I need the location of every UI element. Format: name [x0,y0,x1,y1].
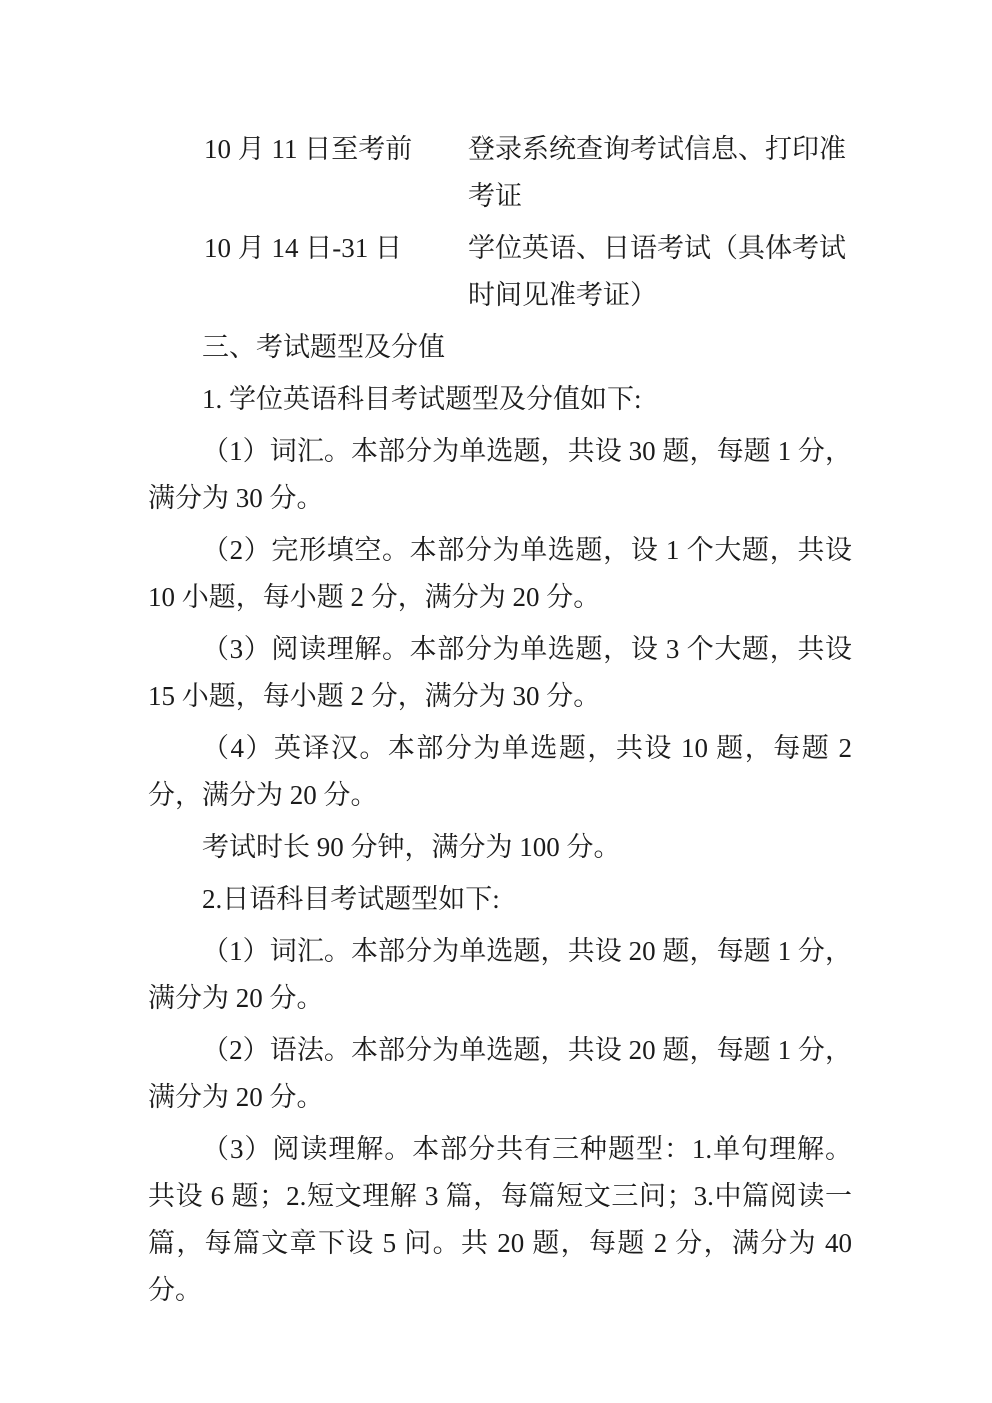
document-page: 10 月 11 日至考前 登录系统查询考试信息、打印准考证 10 月 14 日-… [0,0,992,1403]
document-content: 10 月 11 日至考前 登录系统查询考试信息、打印准考证 10 月 14 日-… [148,126,852,1314]
schedule-description: 登录系统查询考试信息、打印准考证 [468,126,852,220]
exam-schedule-block: 10 月 11 日至考前 登录系统查询考试信息、打印准考证 10 月 14 日-… [148,126,852,319]
section-heading: 三、考试题型及分值 [148,324,852,371]
schedule-row: 10 月 14 日-31 日 学位英语、日语考试（具体考试时间见准考证） [148,225,852,319]
japanese-intro: 2.日语科目考试题型如下: [148,876,852,923]
japanese-item-reading: （3）阅读理解。本部分共有三种题型：1.单句理解。共设 6 题；2.短文理解 3… [148,1126,852,1314]
japanese-item-vocabulary: （1）词汇。本部分为单选题，共设 20 题，每题 1 分，满分为 20 分。 [148,928,852,1022]
english-duration-note: 考试时长 90 分钟，满分为 100 分。 [148,824,852,871]
schedule-date: 10 月 14 日-31 日 [204,225,468,319]
japanese-item-grammar: （2）语法。本部分为单选题，共设 20 题，每题 1 分，满分为 20 分。 [148,1027,852,1121]
schedule-description: 学位英语、日语考试（具体考试时间见准考证） [468,225,852,319]
english-item-cloze: （2）完形填空。本部分为单选题，设 1 个大题，共设 10 小题，每小题 2 分… [148,527,852,621]
schedule-row: 10 月 11 日至考前 登录系统查询考试信息、打印准考证 [148,126,852,220]
english-intro: 1. 学位英语科目考试题型及分值如下: [148,376,852,423]
english-item-vocabulary: （1）词汇。本部分为单选题，共设 30 题，每题 1 分，满分为 30 分。 [148,428,852,522]
english-item-translation: （4）英译汉。本部分为单选题，共设 10 题，每题 2 分，满分为 20 分。 [148,725,852,819]
english-item-reading: （3）阅读理解。本部分为单选题，设 3 个大题，共设 15 小题，每小题 2 分… [148,626,852,720]
schedule-date: 10 月 11 日至考前 [204,126,468,220]
